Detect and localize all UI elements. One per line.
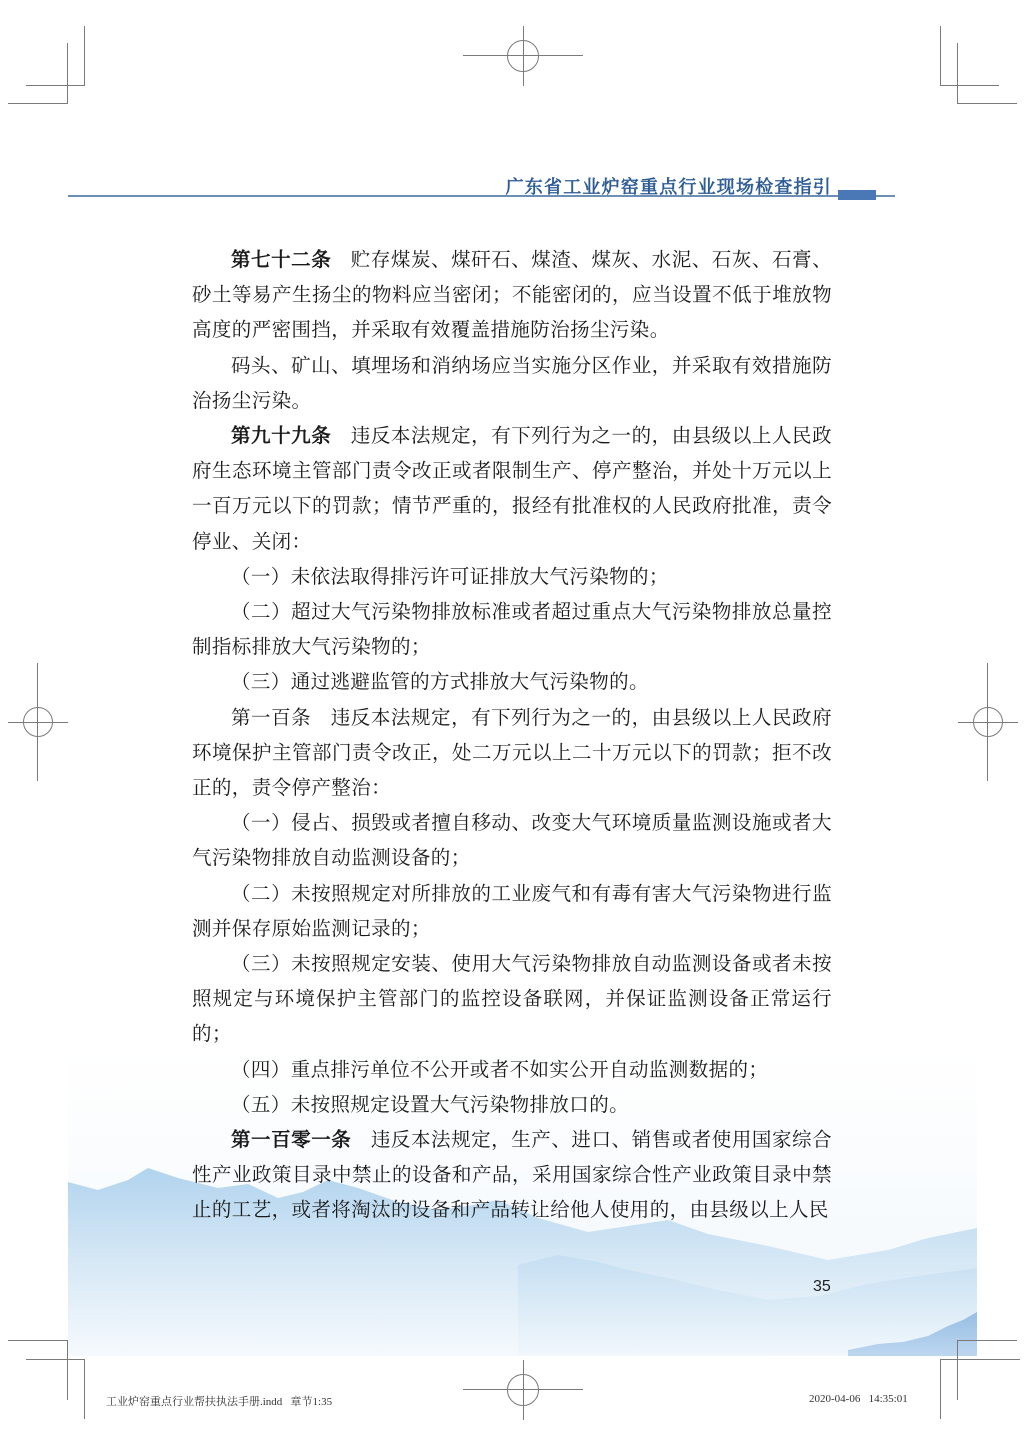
crop-mark [957,1340,1017,1341]
list-item-text: （三）未按照规定安装、使用大气污染物排放自动监测设备或者未按照规定与环境保护主管… [192,952,832,1045]
article-heading: 第一百零一条 [231,1128,351,1151]
paragraph: 第九十九条违反本法规定，有下列行为之一的，由县级以上人民政府生态环境主管部门责令… [192,418,832,559]
article-heading: 第一百条 [231,706,311,729]
paragraph: 第一百条违反本法规定，有下列行为之一的，由县级以上人民政府环境保护主管部门责令改… [192,700,832,806]
crop-mark [957,103,1017,104]
article-heading: 第七十二条 [231,248,331,271]
crop-mark [8,1340,68,1341]
registration-circle [23,707,53,737]
crop-mark [8,103,68,104]
crop-mark [84,26,85,86]
registration-circle [507,40,539,72]
list-item: （四）重点排污单位不公开或者不如实公开自动监测数据的； [192,1052,832,1087]
slug-filename: 工业炉窑重点行业帮扶执法手册.indd 章节1:35 [106,1393,332,1409]
list-item-text: （二）超过大气污染物排放标准或者超过重点大气污染物排放总量控制指标排放大气污染物… [192,600,832,658]
paragraph: 第七十二条贮存煤炭、煤矸石、煤渣、煤灰、水泥、石灰、石膏、砂土等易产生扬尘的物料… [192,242,832,348]
list-item-text: （五）未按照规定设置大气污染物排放口的。 [231,1093,629,1116]
crop-mark [940,26,941,86]
crop-mark [84,1359,85,1419]
list-item: （一）侵占、损毁或者擅自移动、改变大气环境质量监测设施或者大气污染物排放自动监测… [192,805,832,875]
crop-mark [957,43,958,103]
registration-circle [973,707,1003,737]
article-heading: 第九十九条 [231,424,331,447]
crop-mark [67,43,68,103]
list-item-text: （四）重点排污单位不公开或者不如实公开自动监测数据的； [231,1058,768,1081]
list-item-text: （二）未按照规定对所排放的工业废气和有毒有害大气污染物进行监测并保存原始监测记录… [192,882,832,940]
crop-mark [26,85,85,86]
slug-timestamp: 2020-04-06 14:35:01 [809,1393,908,1405]
crop-mark [940,1359,941,1419]
body-text: 第七十二条贮存煤炭、煤矸石、煤渣、煤灰、水泥、石灰、石膏、砂土等易产生扬尘的物料… [192,242,832,1228]
crop-mark [940,85,999,86]
crop-mark [67,1340,68,1400]
crop-mark [26,1359,85,1360]
paragraph-text: 码头、矿山、填埋场和消纳场应当实施分区作业，并采取有效措施防治扬尘污染。 [192,354,832,412]
paragraph: 第一百零一条违反本法规定，生产、进口、销售或者使用国家综合性产业政策目录中禁止的… [192,1122,832,1228]
list-item: （五）未按照规定设置大气污染物排放口的。 [192,1087,832,1122]
list-item: （二）超过大气污染物排放标准或者超过重点大气污染物排放总量控制指标排放大气污染物… [192,594,832,664]
list-item: （一）未依法取得排污许可证排放大气污染物的； [192,559,832,594]
crop-mark [940,1359,1020,1360]
running-head-accent-block [838,190,876,200]
running-head-rule [68,195,895,197]
registration-circle [507,1374,539,1406]
page-number: 35 [813,1278,831,1296]
list-item-text: （三）通过逃避监管的方式排放大气污染物的。 [231,670,649,693]
list-item: （三）通过逃避监管的方式排放大气污染物的。 [192,664,832,699]
list-item-text: （一）未依法取得排污许可证排放大气污染物的； [231,565,669,588]
list-item-text: （一）侵占、损毁或者擅自移动、改变大气环境质量监测设施或者大气污染物排放自动监测… [192,811,832,869]
list-item: （二）未按照规定对所排放的工业废气和有毒有害大气污染物进行监测并保存原始监测记录… [192,876,832,946]
paragraph: 码头、矿山、填埋场和消纳场应当实施分区作业，并采取有效措施防治扬尘污染。 [192,348,832,418]
list-item: （三）未按照规定安装、使用大气污染物排放自动监测设备或者未按照规定与环境保护主管… [192,946,832,1052]
crop-mark [957,1340,958,1400]
